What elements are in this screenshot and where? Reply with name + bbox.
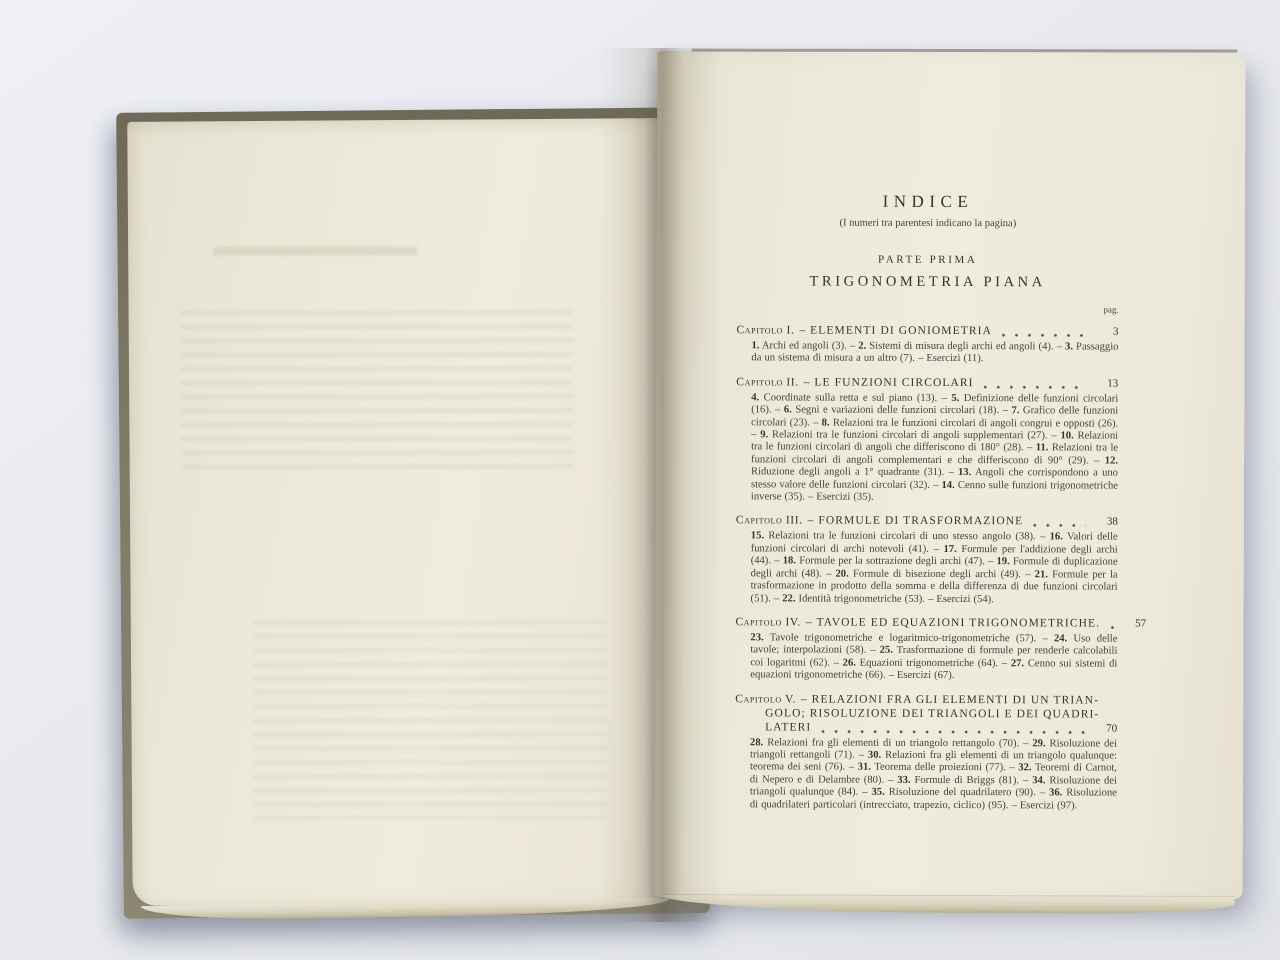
- chapter-title: LATERI: [765, 720, 811, 734]
- right-page-index: INDICE (I numeri tra parentesi indicano …: [655, 51, 1246, 899]
- show-through-text: [213, 246, 418, 255]
- chapter-heading: Capitolo V.–RELAZIONI FRA GLI ELEMENTI D…: [735, 692, 1117, 735]
- chapter-page-number: 3: [1094, 325, 1118, 339]
- table-of-contents: INDICE (I numeri tra parentesi indicano …: [735, 191, 1119, 812]
- chapter-title: TAVOLE ED EQUAZIONI TRIGONOMETRICHE.: [817, 615, 1101, 630]
- chapter-description: 23. Tavole trigonometriche e logaritmico…: [735, 632, 1117, 683]
- dotted-leader: [1002, 333, 1087, 337]
- chapter-separator: –: [801, 692, 807, 706]
- dotted-leader: [984, 385, 1087, 389]
- chapter-description: 1. Archi ed angoli (3). – 2. Sistemi di …: [736, 340, 1118, 366]
- chapter-heading-line: Capitolo V.–RELAZIONI FRA GLI ELEMENTI D…: [735, 692, 1117, 707]
- chapter-description: 4. Coordinate sulla retta e sul piano (1…: [736, 392, 1118, 505]
- chapter-description: 15. Relazioni tra le funzioni circolari …: [736, 531, 1118, 607]
- chapter-heading-line: Capitolo III.–FORMULE DI TRASFORMAZIONE3…: [736, 514, 1118, 529]
- chapter-page-number: 57: [1122, 617, 1146, 631]
- chapter-entry: Capitolo I.–ELEMENTI DI GONIOMETRIA3 1. …: [736, 323, 1118, 366]
- chapter-heading: Capitolo III.–FORMULE DI TRASFORMAZIONE3…: [736, 514, 1118, 529]
- show-through-text: [253, 619, 605, 820]
- chapter-heading: Capitolo IV.–TAVOLE ED EQUAZIONI TRIGONO…: [735, 615, 1117, 630]
- dotted-leader: [1110, 625, 1114, 629]
- chapter-heading-line: LATERI70: [735, 720, 1117, 735]
- chapter-heading-line: Capitolo I.–ELEMENTI DI GONIOMETRIA3: [736, 323, 1118, 338]
- chapter-heading: Capitolo I.–ELEMENTI DI GONIOMETRIA3: [736, 323, 1118, 338]
- chapter-list: Capitolo I.–ELEMENTI DI GONIOMETRIA3 1. …: [735, 323, 1119, 812]
- index-title: INDICE: [737, 191, 1119, 212]
- chapter-heading-line: GOLO; RISOLUZIONE DEI TRIANGOLI E DEI QU…: [735, 706, 1117, 721]
- photo-backdrop: INDICE (I numeri tra parentesi indicano …: [0, 0, 1280, 960]
- chapter-page-number: 13: [1094, 376, 1118, 390]
- part-label: PARTE PRIMA: [737, 253, 1119, 266]
- chapter-page-number: 70: [1093, 721, 1117, 735]
- page-column-label: pag.: [737, 303, 1119, 314]
- chapter-label: Capitolo II.: [736, 375, 798, 389]
- chapter-label: Capitolo III.: [736, 514, 803, 528]
- chapter-heading-line: Capitolo IV.–TAVOLE ED EQUAZIONI TRIGONO…: [735, 615, 1117, 630]
- left-page-blank: [127, 118, 662, 906]
- show-through-text: [181, 310, 573, 473]
- chapter-label: Capitolo I.: [736, 323, 794, 337]
- chapter-separator: –: [804, 375, 810, 389]
- chapter-separator: –: [806, 615, 812, 629]
- dotted-leader: [1033, 524, 1086, 528]
- chapter-entry: Capitolo V.–RELAZIONI FRA GLI ELEMENTI D…: [735, 692, 1117, 813]
- chapter-title: RELAZIONI FRA GLI ELEMENTI DI UN TRIAN-: [812, 692, 1099, 707]
- index-subtitle: (I numeri tra parentesi indicano la pagi…: [737, 217, 1119, 229]
- chapter-label: Capitolo V.: [735, 692, 796, 706]
- part-title: TRIGONOMETRIA PIANA: [737, 273, 1119, 291]
- chapter-separator: –: [808, 514, 814, 528]
- dotted-leader: [821, 729, 1085, 734]
- chapter-title: ELEMENTI DI GONIOMETRIA: [810, 324, 992, 339]
- chapter-title: LE FUNZIONI CIRCOLARI: [814, 375, 973, 390]
- chapter-entry: Capitolo II.–LE FUNZIONI CIRCOLARI13 4. …: [736, 375, 1118, 505]
- chapter-title: FORMULE DI TRASFORMAZIONE: [818, 514, 1023, 529]
- chapter-title: GOLO; RISOLUZIONE DEI TRIANGOLI E DEI QU…: [765, 706, 1099, 721]
- chapter-label: Capitolo IV.: [735, 615, 800, 629]
- chapter-entry: Capitolo IV.–TAVOLE ED EQUAZIONI TRIGONO…: [735, 615, 1117, 683]
- chapter-page-number: 38: [1094, 515, 1118, 529]
- chapter-entry: Capitolo III.–FORMULE DI TRASFORMAZIONE3…: [736, 514, 1118, 607]
- chapter-description: 28. Relazioni fra gli elementi di un tri…: [735, 737, 1117, 813]
- open-book: INDICE (I numeri tra parentesi indicano …: [112, 44, 1240, 944]
- chapter-heading: Capitolo II.–LE FUNZIONI CIRCOLARI13: [736, 375, 1118, 390]
- chapter-separator: –: [799, 323, 805, 337]
- chapter-heading-line: Capitolo II.–LE FUNZIONI CIRCOLARI13: [736, 375, 1118, 390]
